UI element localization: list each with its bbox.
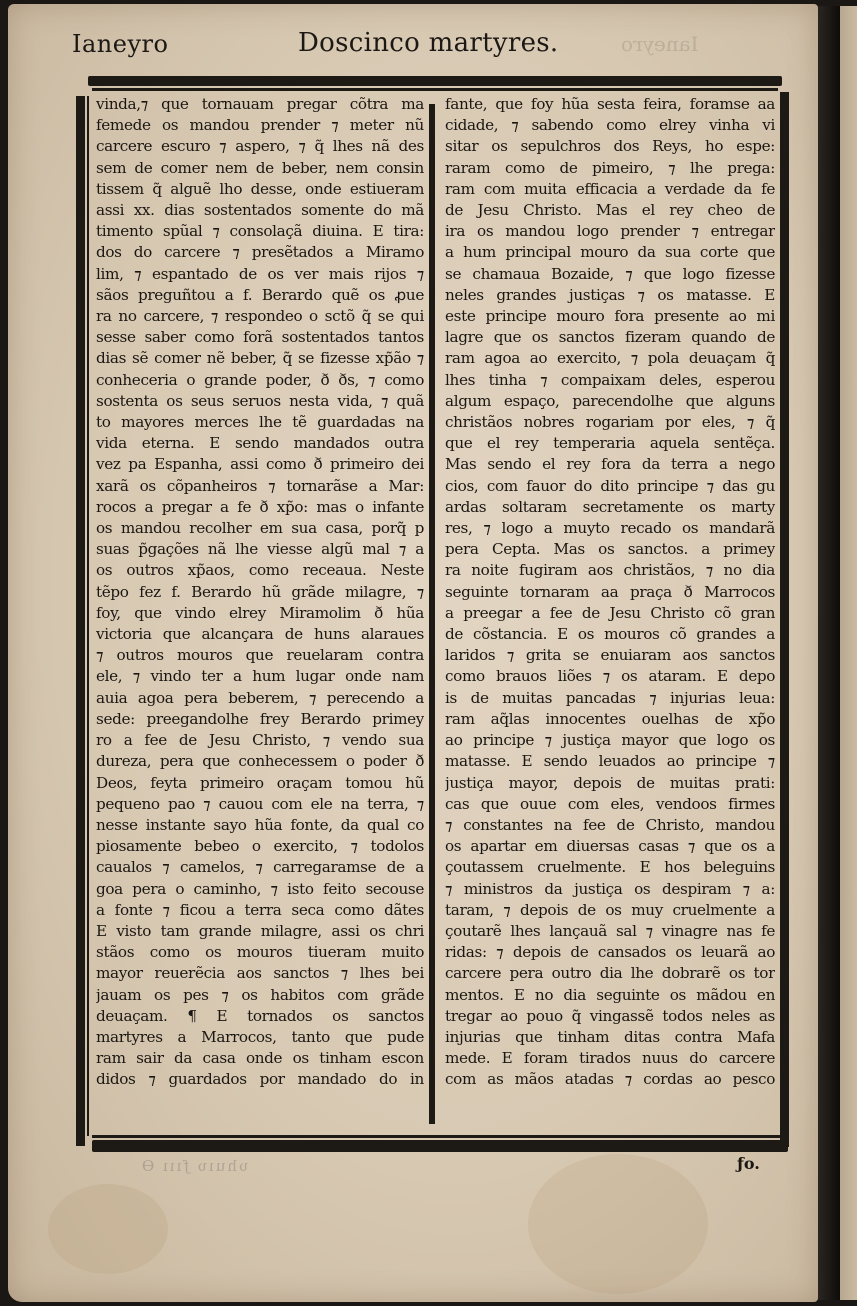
text-line: sede: preegandolhe frey Berardo primey	[96, 709, 424, 730]
text-line: cidade, ⁊ sabendo como elrey vinha vi	[445, 115, 775, 136]
text-line: ra no carcere, ⁊ respondeo o sctõ q̃ se …	[96, 306, 424, 327]
text-line: tissem q̃ alguẽ lho desse, onde estiuera…	[96, 179, 424, 200]
text-line: neles grandes justiças ⁊ os matasse. E	[445, 285, 775, 306]
text-line: lagre que os sanctos fizeram quando de	[445, 327, 775, 348]
text-line: ao principe ⁊ justiça mayor que logo os	[445, 730, 775, 751]
text-line: ram sair da casa onde os tinham escon	[96, 1048, 424, 1069]
text-line: a hum principal mouro da sua corte que	[445, 242, 775, 263]
text-line: çoutarẽ lhes lançauã sal ⁊ vinagre nas f…	[445, 921, 775, 942]
text-line: pera Cepta. Mas os sanctos. a primey	[445, 539, 775, 560]
text-line: ira os mandou logo prender ⁊ entregar	[445, 221, 775, 242]
text-line: caualos ⁊ camelos, ⁊ carregaramse de a	[96, 857, 424, 878]
text-line: de cõstancia. E os mouros cõ grandes a	[445, 624, 775, 645]
text-line: xarã os cõpanheiros ⁊ tornarãse a Mar:	[96, 476, 424, 497]
text-line: christãos nobres rogariam por eles, ⁊ q̃	[445, 412, 775, 433]
text-line: tẽpo fez f. Berardo hũ grãde milagre, ⁊	[96, 582, 424, 603]
text-line: mede. E foram tirados nuus do carcere	[445, 1048, 775, 1069]
right-frame-rule	[780, 92, 789, 1147]
text-line: auia agoa pera beberem, ⁊ perecendo a	[96, 688, 424, 709]
text-line: sostenta os seus seruos nesta vida, ⁊ qu…	[96, 391, 424, 412]
text-line: fante, que foy hũa sesta feira, foramse …	[445, 94, 775, 115]
text-line: assi xx. dias sostentados somente do mã	[96, 200, 424, 221]
text-line: conheceria o grande poder, ð ðs, ⁊ como	[96, 370, 424, 391]
text-line: seguinte tornaram aa praça ð Marrocos	[445, 582, 775, 603]
text-line: suas p̃gações nã lhe viesse algũ mal ⁊ a	[96, 539, 424, 560]
text-line: cas que ouue com eles, vendoos firmes	[445, 794, 775, 815]
book-gutter-edge	[818, 6, 840, 1300]
bleed-through-text: ʋhuıʋ ƒııı Ɵ	[140, 1157, 248, 1175]
text-line: justiça mayor, depois de muitas prati:	[445, 773, 775, 794]
text-line: ridas: ⁊ depois de cansados os leuarã ao	[445, 942, 775, 963]
text-line: raram como de pimeiro, ⁊ lhe prega:	[445, 158, 775, 179]
text-line: que el rey temperaria aquela sentẽça.	[445, 433, 775, 454]
text-line: çoutassem cruelmente. E hos beleguins	[445, 857, 775, 878]
text-line: pequeno pao ⁊ cauou com ele na terra, ⁊	[96, 794, 424, 815]
column-divider-rule	[429, 104, 435, 1124]
text-line: tregar ao pouo q̃ vingassẽ todos neles a…	[445, 1006, 775, 1027]
text-line: foy, que vindo elrey Miramolim ð hũa	[96, 603, 424, 624]
text-line: matasse. E sendo leuados ao principe ⁊	[445, 751, 775, 772]
text-column-right: fante, que foy hũa sesta feira, foramse …	[445, 94, 775, 1091]
text-line: ram agoa ao exercito, ⁊ pola deuaçam q̃	[445, 348, 775, 369]
top-rule-thin	[92, 88, 778, 91]
text-line: vez pa Espanha, assi como ð primeiro dei	[96, 454, 424, 475]
text-line: de Jesu Christo. Mas el rey cheo de	[445, 200, 775, 221]
text-line: lhes tinha ⁊ compaixam deles, esperou	[445, 370, 775, 391]
text-line: algum espaço, parecendolhe que alguns	[445, 391, 775, 412]
text-line: dureza, pera que conhecessem o poder ð	[96, 751, 424, 772]
text-column-left: vinda,⁊ que tornauam pregar cõtra mafeme…	[96, 94, 424, 1091]
text-line: sãos preguñtou a f. Berardo quẽ os ꝓue	[96, 285, 424, 306]
text-line: laridos ⁊ grita se enuiaram aos sanctos	[445, 645, 775, 666]
left-frame-rule-thin	[87, 96, 89, 1136]
left-frame-rule	[76, 96, 85, 1146]
bottom-rule	[92, 1140, 788, 1152]
text-line: mentos. E no dia seguinte os mãdou en	[445, 985, 775, 1006]
text-line: os outros xp̃aos, como receaua. Neste	[96, 560, 424, 581]
text-line: ⁊ outros mouros que reuelaram contra	[96, 645, 424, 666]
text-line: sem de comer nem de beber, nem consin	[96, 158, 424, 179]
text-line: dos do carcere ⁊ presẽtados a Miramo	[96, 242, 424, 263]
top-rule	[88, 76, 782, 86]
text-line: piosamente bebeo o exercito, ⁊ todolos	[96, 836, 424, 857]
text-line: vinda,⁊ que tornauam pregar cõtra ma	[96, 94, 424, 115]
showthrough-text: Ianeyro	[621, 32, 698, 56]
text-line: ra noite fugiram aos christãos, ⁊ no dia	[445, 560, 775, 581]
text-line: martyres a Marrocos, tanto que pude	[96, 1027, 424, 1048]
text-line: ram aq̃las innocentes ouelhas de xp̃o	[445, 709, 775, 730]
text-line: taram, ⁊ depois de os muy cruelmente a	[445, 900, 775, 921]
text-line: com as mãos atadas ⁊ cordas ao pesco	[445, 1069, 775, 1090]
running-head-title: Doscinco martyres.	[298, 28, 559, 58]
text-line: timento spũal ⁊ consolaçã diuina. E tira…	[96, 221, 424, 242]
text-line: nesse instante sayo hũa fonte, da qual c…	[96, 815, 424, 836]
text-line: Deos, feyta primeiro oraçam tomou hũ	[96, 773, 424, 794]
running-head-month: Ianeyro	[72, 30, 168, 58]
text-line: ele, ⁊ vindo ter a hum lugar onde nam	[96, 666, 424, 687]
text-line: sesse saber como forã sostentados tantos	[96, 327, 424, 348]
text-line: vida eterna. E sendo mandados outra	[96, 433, 424, 454]
water-stain	[528, 1154, 708, 1294]
water-stain	[48, 1184, 168, 1274]
text-line: rocos a pregar a fe ð xp̃o: mas o infant…	[96, 497, 424, 518]
book-page: Ianeyro Doscinco martyres. Ianeyro vinda…	[8, 4, 818, 1302]
text-line: os mandou recolher em sua casa, porq̃ p	[96, 518, 424, 539]
text-line: ram com muita efficacia a verdade da fe	[445, 179, 775, 200]
text-line: femede os mandou prender ⁊ meter nũ	[96, 115, 424, 136]
text-line: Mas sendo el rey fora da terra a nego	[445, 454, 775, 475]
text-line: didos ⁊ guardados por mandado do in	[96, 1069, 424, 1090]
text-line: res, ⁊ logo a muyto recado os mandarã	[445, 518, 775, 539]
text-line: ⁊ constantes na fee de Christo, mandou	[445, 815, 775, 836]
text-line: sitar os sepulchros dos Reys, ho espe:	[445, 136, 775, 157]
text-line: dias sẽ comer nẽ beber, q̃ se fizesse xp…	[96, 348, 424, 369]
text-line: is de muitas pancadas ⁊ injurias leua:	[445, 688, 775, 709]
text-line: a preegar a fee de Jesu Christo cõ gran	[445, 603, 775, 624]
text-line: to mayores merces lhe tẽ guardadas na	[96, 412, 424, 433]
text-line: mayor reuerẽcia aos sanctos ⁊ lhes bei	[96, 963, 424, 984]
text-line: victoria que alcançara de huns alaraues	[96, 624, 424, 645]
text-line: deuaçam. ¶ E tornados os sanctos	[96, 1006, 424, 1027]
text-line: os apartar em diuersas casas ⁊ que os a	[445, 836, 775, 857]
text-line: lim, ⁊ espantado de os ver mais rijos ⁊	[96, 264, 424, 285]
adjacent-page-edge	[840, 6, 857, 1300]
text-line: ardas soltaram secretamente os marty	[445, 497, 775, 518]
text-line: como brauos liões ⁊ os ataram. E depo	[445, 666, 775, 687]
text-line: injurias que tinham ditas contra Mafa	[445, 1027, 775, 1048]
text-line: cios, com fauor do dito principe ⁊ das g…	[445, 476, 775, 497]
bottom-rule-thin	[92, 1135, 782, 1138]
text-line: carcere escuro ⁊ aspero, ⁊ q̃ lhes nã de…	[96, 136, 424, 157]
text-line: ⁊ ministros da justiça os despiram ⁊ a:	[445, 879, 775, 900]
text-line: E visto tam grande milagre, assi os chri	[96, 921, 424, 942]
text-line: carcere pera outro dia lhe dobrarẽ os to…	[445, 963, 775, 984]
text-line: a fonte ⁊ ficou a terra seca como dãtes	[96, 900, 424, 921]
text-line: jauam os pes ⁊ os habitos com grãde	[96, 985, 424, 1006]
text-line: goa pera o caminho, ⁊ isto feito secouse	[96, 879, 424, 900]
text-line: ro a fee de Jesu Christo, ⁊ vendo sua	[96, 730, 424, 751]
text-line: se chamaua Bozaide, ⁊ que logo fizesse	[445, 264, 775, 285]
text-line: este principe mouro fora presente ao mi	[445, 306, 775, 327]
folio-mark: ƒo.	[737, 1154, 760, 1173]
text-line: stãos como os mouros tiueram muito	[96, 942, 424, 963]
